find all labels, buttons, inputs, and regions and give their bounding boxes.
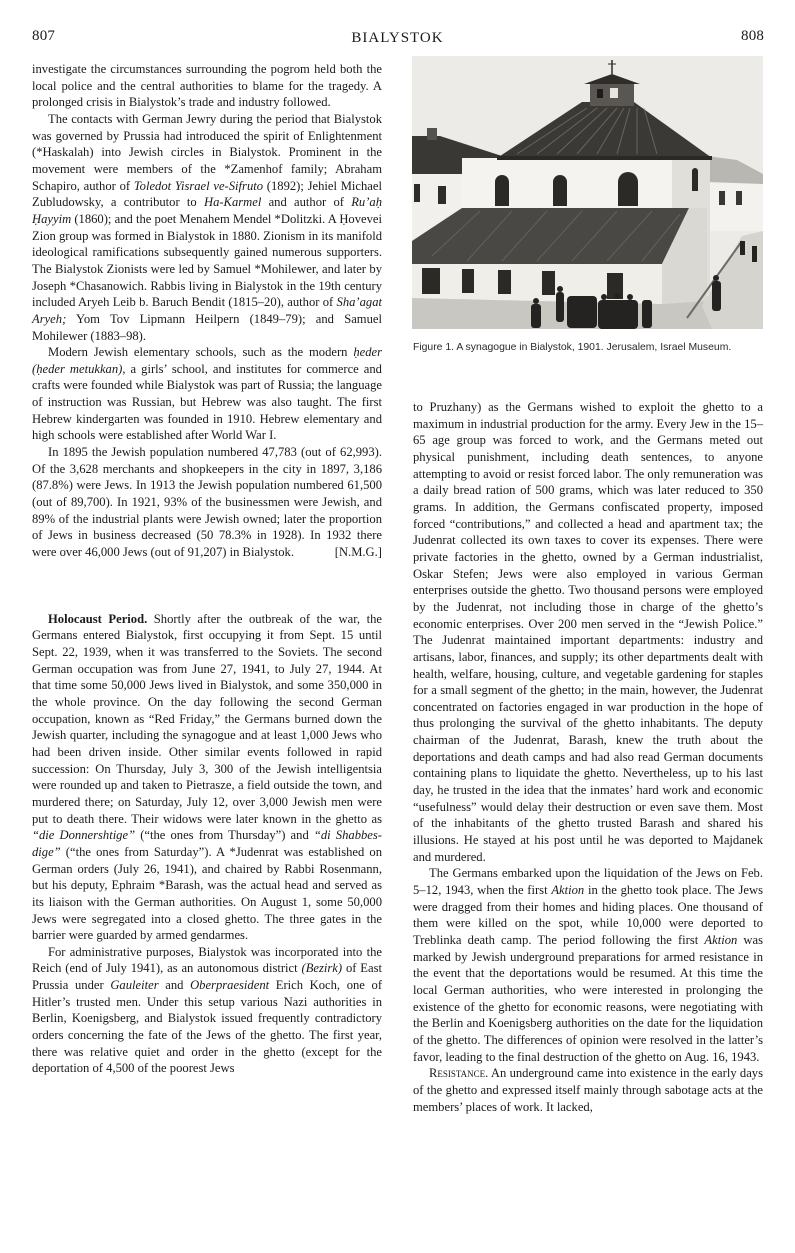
paragraph-administrative: For administrative purposes, Bialystok w… [32,944,382,1077]
paragraph-pogrom-continuation: investigate the circumstances surroundin… [32,61,382,111]
running-head-title: BIALYSTOK [0,30,795,47]
right-column: to Pruzhany) as the Germans wished to ex… [413,399,763,1115]
paragraph-population: In 1895 the Jewish population numbered 4… [32,444,382,561]
paragraph-holocaust-period: Holocaust Period. Shortly after the outb… [32,611,382,944]
section-heading-holocaust-period: Holocaust Period. [48,612,147,626]
paragraph-schools: Modern Jewish elementary schools, such a… [32,344,382,444]
section-heading-resistance: Resistance. [429,1066,488,1080]
figure-caption: Figure 1. A synagogue in Bialystok, 1901… [413,341,763,354]
paragraph-liquidation: The Germans embarked upon the liquidatio… [413,865,763,1065]
paragraph-ghetto-labor: to Pruzhany) as the Germans wished to ex… [413,399,763,865]
paragraph-resistance: Resistance. An underground came into exi… [413,1065,763,1115]
author-signature: [N.M.G.] [311,544,382,561]
paragraph-haskalah: The contacts with German Jewry during th… [32,111,382,344]
synagogue-photograph [412,56,763,329]
page-number-right: 808 [741,28,764,45]
left-column: investigate the circumstances surroundin… [32,61,382,1077]
